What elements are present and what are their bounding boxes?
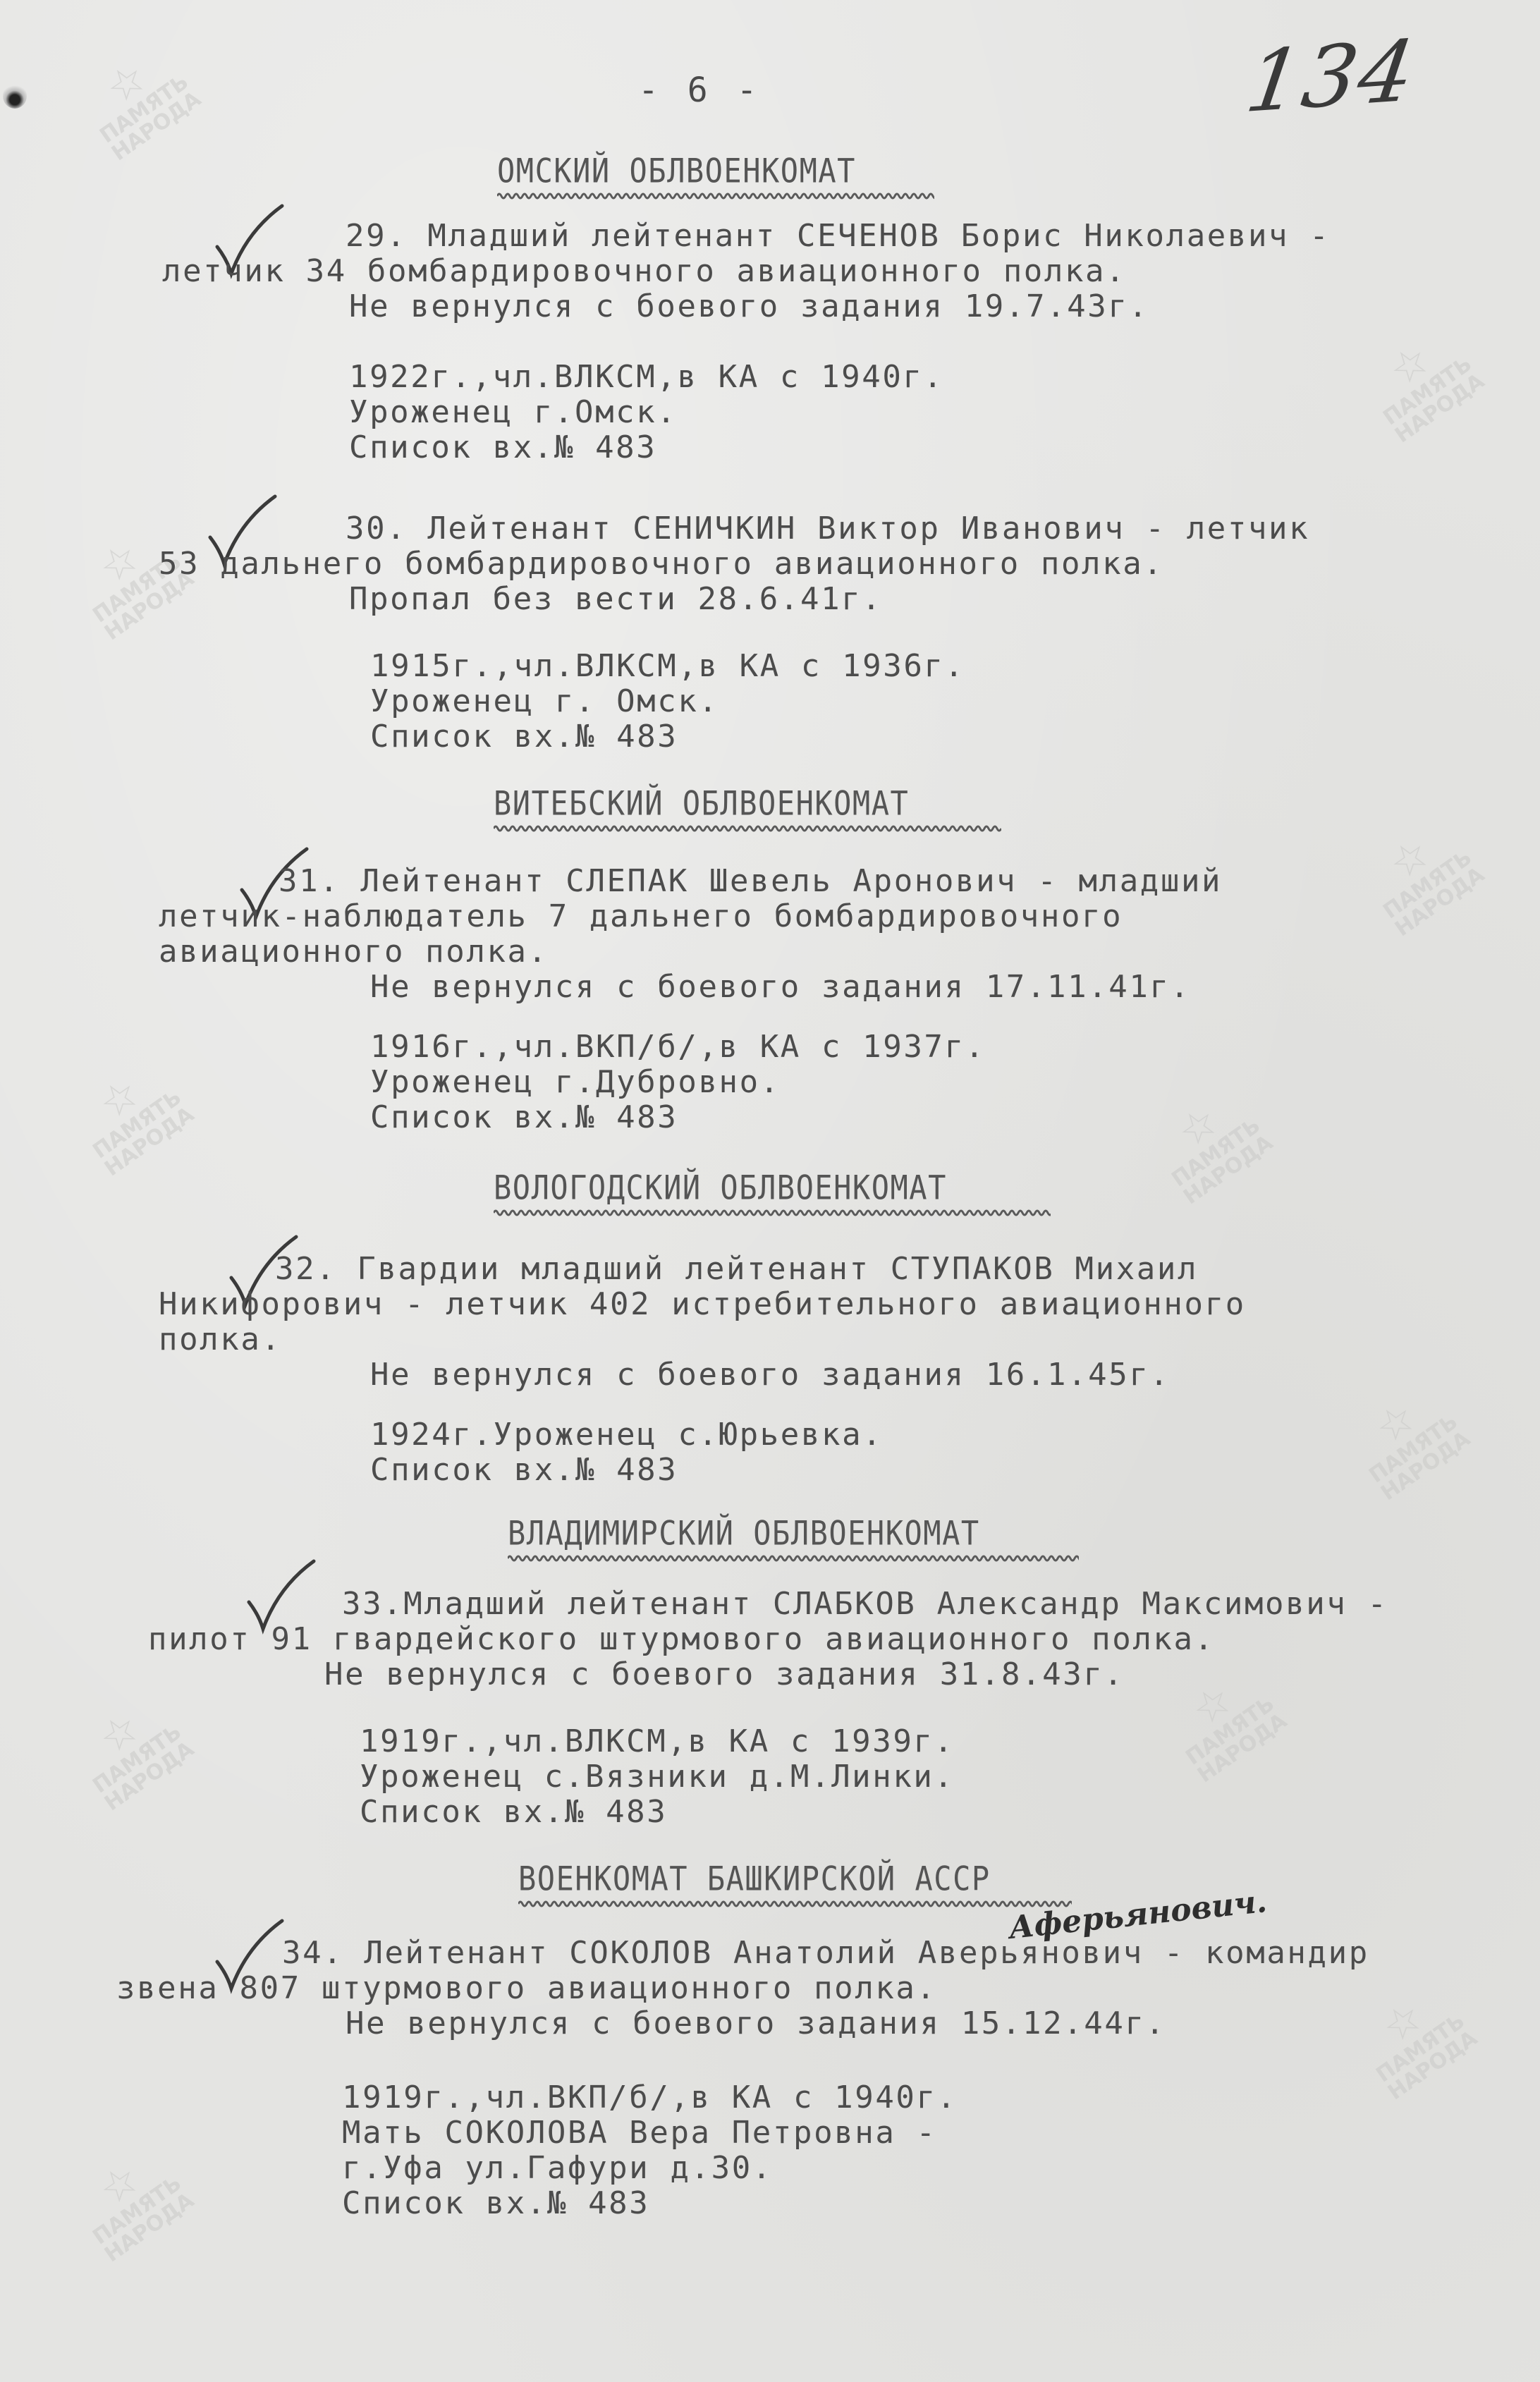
section-header: ВОЛОГОДСКИЙ ОБЛВОЕНКОМАТ: [494, 1168, 947, 1208]
entry-line: Не вернулся с боевого задания 19.7.43г.: [349, 289, 1149, 324]
entry-detail-line: Уроженец г.Дубровно.: [370, 1065, 781, 1100]
entry-detail-line: Список вх.№ 483: [370, 1453, 678, 1488]
section-header: ОМСКИЙ ОБЛВОЕНКОМАТ: [497, 152, 856, 191]
section-header: ВОЕНКОМАТ БАШКИРСКОЙ АССР: [518, 1859, 991, 1899]
entry-detail-line: Список вх.№ 483: [370, 1100, 678, 1135]
entry-line: 31. Лейтенант СЛЕПАК Шевель Аронович - м…: [279, 864, 1222, 899]
entry-line: Не вернулся с боевого задания 31.8.43г.: [324, 1657, 1125, 1692]
archive-sheet-number: 134: [1240, 23, 1422, 132]
entry-detail-line: Уроженец г.Омск.: [349, 395, 677, 430]
entry-line: Пропал без вести 28.6.41г.: [349, 582, 882, 617]
entry-detail-line: Список вх.№ 483: [349, 430, 656, 465]
entry-detail-line: Список вх.№ 483: [360, 1795, 667, 1830]
header-underline: [508, 1553, 1079, 1563]
entry-detail-line: 1924г.Уроженец с.Юрьевка.: [370, 1417, 883, 1453]
entry-line: Никифорович - летчик 402 истребительного…: [159, 1287, 1246, 1322]
entry-line: 29. Младший лейтенант СЕЧЕНОВ Борис Нико…: [346, 219, 1330, 254]
entry-detail-line: 1919г.,чл.ВЛКСМ,в КА с 1939г.: [360, 1724, 955, 1759]
entry-line: 33.Младший лейтенант СЛАБКОВ Александр М…: [342, 1587, 1388, 1622]
section-header: ВИТЕБСКИЙ ОБЛВОЕНКОМАТ: [494, 784, 909, 824]
entry-detail-line: г.Уфа ул.Гафури д.30.: [342, 2151, 773, 2186]
entry-line: звена 807 штурмового авиационного полка.: [116, 1971, 937, 2006]
page-number: - 6 -: [638, 71, 762, 110]
entry-line: летчик-наблюдатель 7 дальнего бомбардиро…: [159, 899, 1123, 934]
header-underline: [494, 1207, 1051, 1217]
entry-line: пилот 91 гвардейского штурмового авиацио…: [148, 1622, 1215, 1657]
entry-line: полка.: [159, 1322, 282, 1357]
entry-detail-line: Уроженец г. Омск.: [370, 684, 719, 719]
entry-detail-line: 1922г.,чл.ВЛКСМ,в КА с 1940г.: [349, 360, 944, 395]
header-underline: [494, 823, 1001, 833]
entry-line: 53 дальнего бомбардировочного авиационно…: [159, 546, 1163, 582]
header-underline: [497, 190, 934, 200]
entry-line: Не вернулся с боевого задания 15.12.44г.: [346, 2006, 1166, 2041]
entry-line: летчик 34 бомбардировочного авиационного…: [162, 254, 1126, 289]
entry-detail-line: Список вх.№ 483: [342, 2186, 649, 2221]
entry-detail-line: 1916г.,чл.ВКП/б/,в КА с 1937г.: [370, 1030, 986, 1065]
entry-line: авиационного полка.: [159, 934, 549, 970]
entry-line: 30. Лейтенант СЕНИЧКИН Виктор Иванович -…: [346, 511, 1309, 546]
entry-detail-line: Список вх.№ 483: [370, 719, 678, 755]
entry-line: 34. Лейтенант СОКОЛОВ Анатолий Аверьянов…: [282, 1936, 1369, 1971]
header-underline: [518, 1898, 1072, 1908]
section-header: ВЛАДИМИРСКИЙ ОБЛВОЕНКОМАТ: [508, 1514, 980, 1553]
entry-detail-line: Уроженец с.Вязники д.М.Линки.: [360, 1759, 955, 1795]
entry-line: Не вернулся с боевого задания 17.11.41г.: [370, 970, 1191, 1005]
entry-line: 32. Гвардии младший лейтенант СТУПАКОВ М…: [275, 1252, 1198, 1287]
hole-punch-mark: [3, 83, 27, 109]
entry-detail-line: Мать СОКОЛОВА Вера Петровна -: [342, 2115, 937, 2151]
entry-detail-line: 1915г.,чл.ВЛКСМ,в КА с 1936г.: [370, 649, 965, 684]
entry-line: Не вернулся с боевого задания 16.1.45г.: [370, 1357, 1171, 1393]
entry-detail-line: 1919г.,чл.ВКП/б/,в КА с 1940г.: [342, 2080, 958, 2115]
